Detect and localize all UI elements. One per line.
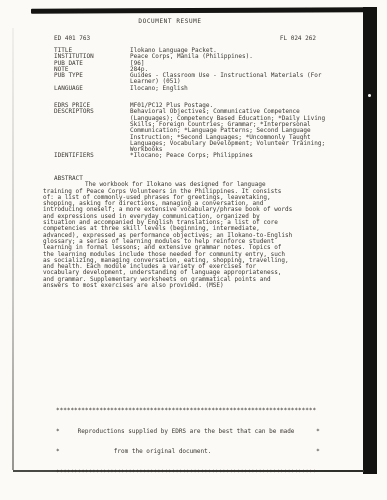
- field-row-descriptors: DESCRIPTORS Behavioral Objectives; Commu…: [54, 109, 330, 153]
- ed-number: ED 401 763: [54, 36, 90, 42]
- bibliographic-fields: TITLE Ilokano Language Packet. INSTITUTI…: [54, 48, 330, 160]
- accession-number-line: ED 401 763 FL 024 262: [54, 36, 316, 42]
- field-row-language: LANGUAGE Ilocano; English: [54, 86, 330, 92]
- reproduction-notice: ****************************************…: [56, 394, 320, 491]
- scan-edge-top: [31, 7, 365, 13]
- document-resume-heading: DOCUMENT RESUME: [0, 19, 340, 25]
- scan-edge-right: [363, 7, 377, 474]
- field-label: DESCRIPTORS: [54, 109, 130, 153]
- asterisk-border-bottom: ****************************************…: [56, 470, 320, 477]
- asterisk-border-top: ****************************************…: [56, 408, 320, 415]
- scan-edge-left: [12, 28, 14, 470]
- field-label: PUB TYPE: [54, 73, 130, 86]
- field-value: Ilocano; English: [130, 86, 330, 92]
- field-label: LANGUAGE: [54, 86, 130, 92]
- indexing-field-group: EDRS PRICE MF01/PC12 Plus Postage. DESCR…: [54, 103, 330, 160]
- reproduction-notice-line1: * Reproductions supplied by EDRS are the…: [56, 429, 320, 436]
- abstract-text: The workbook for Ilokano was designed fo…: [43, 182, 293, 289]
- field-value: Behavioral Objectives; Communicative Com…: [130, 109, 330, 153]
- field-row-pub-type: PUB TYPE Guides - Classroom Use - Instru…: [54, 73, 330, 86]
- reproduction-notice-line2: * from the original document. *: [56, 449, 320, 456]
- scanned-document-page: DOCUMENT RESUME ED 401 763 FL 024 262 TI…: [0, 0, 387, 500]
- scan-speck: [368, 94, 371, 97]
- field-value: Guides - Classroom Use - Instructional M…: [130, 73, 330, 86]
- clearinghouse-number: FL 024 262: [280, 36, 316, 42]
- field-value: *Ilocano; Peace Corps; Philippines: [130, 153, 330, 159]
- citation-field-group: TITLE Ilokano Language Packet. INSTITUTI…: [54, 48, 330, 92]
- abstract-section: ABSTRACT The workbook for Ilokano was de…: [43, 176, 293, 289]
- field-label: IDENTIFIERS: [54, 153, 130, 159]
- field-row-identifiers: IDENTIFIERS *Ilocano; Peace Corps; Phili…: [54, 153, 330, 159]
